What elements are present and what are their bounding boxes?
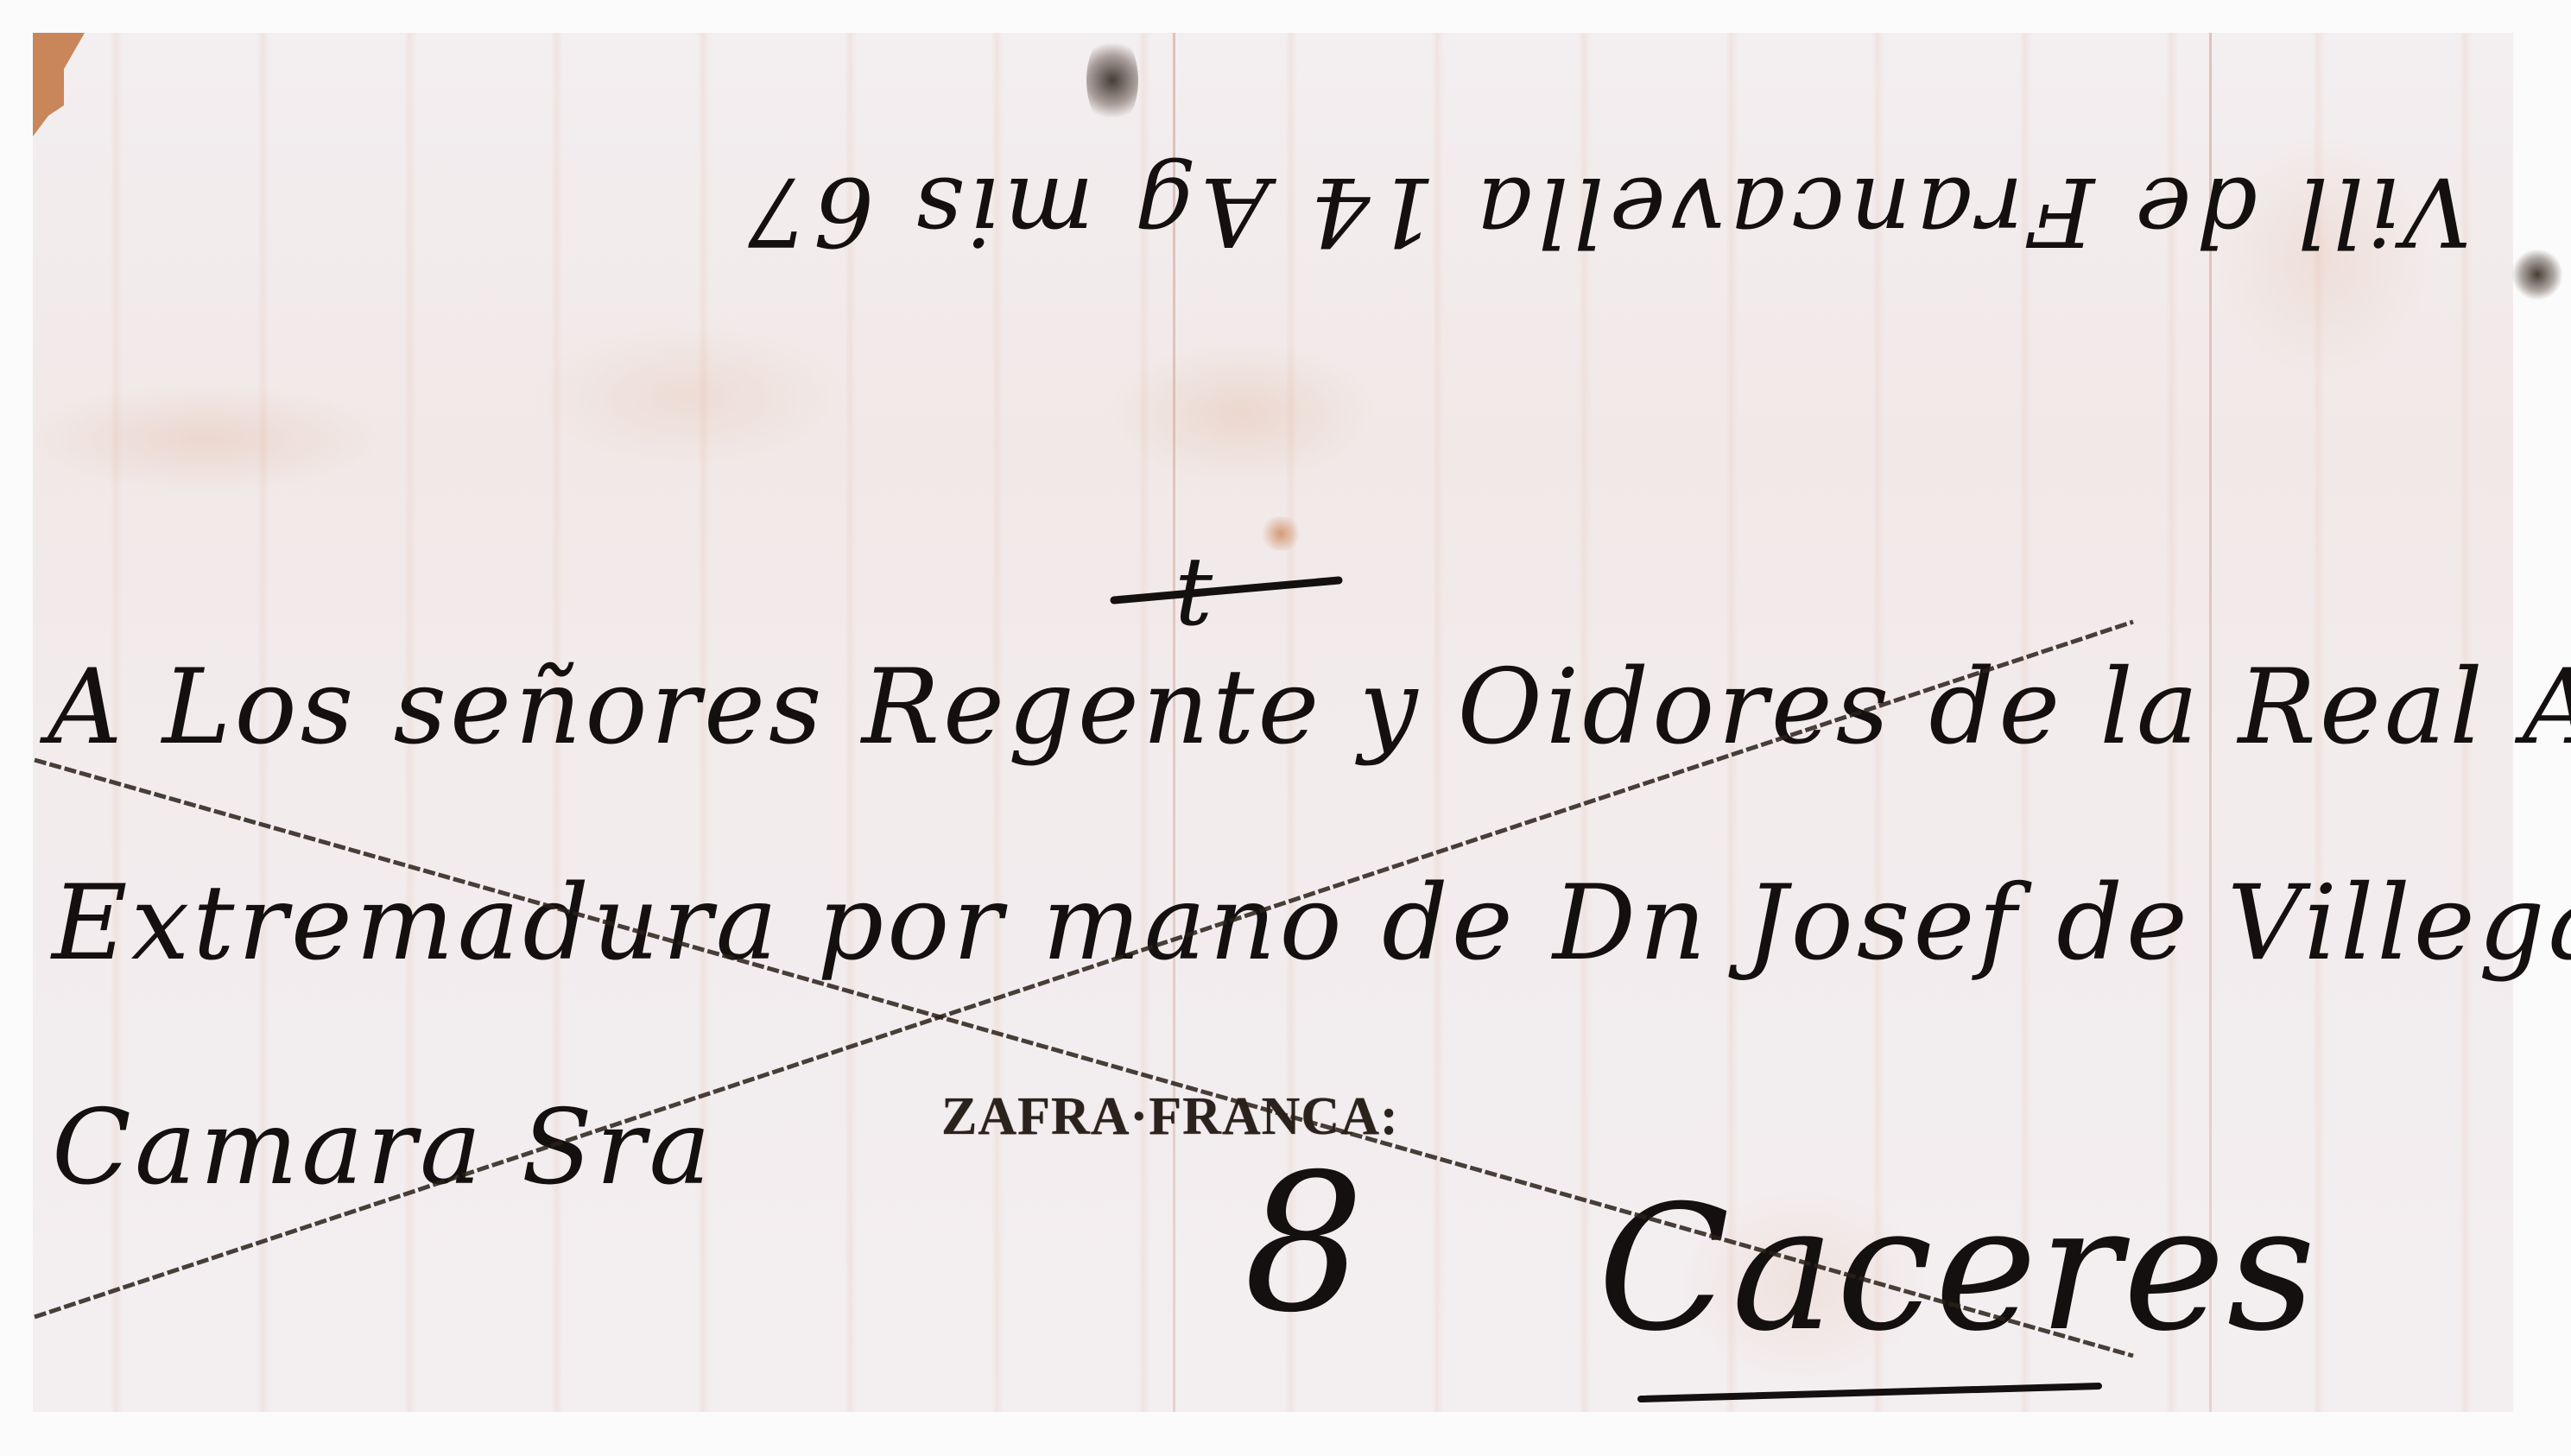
crossed-out-lines [0, 0, 2571, 1456]
